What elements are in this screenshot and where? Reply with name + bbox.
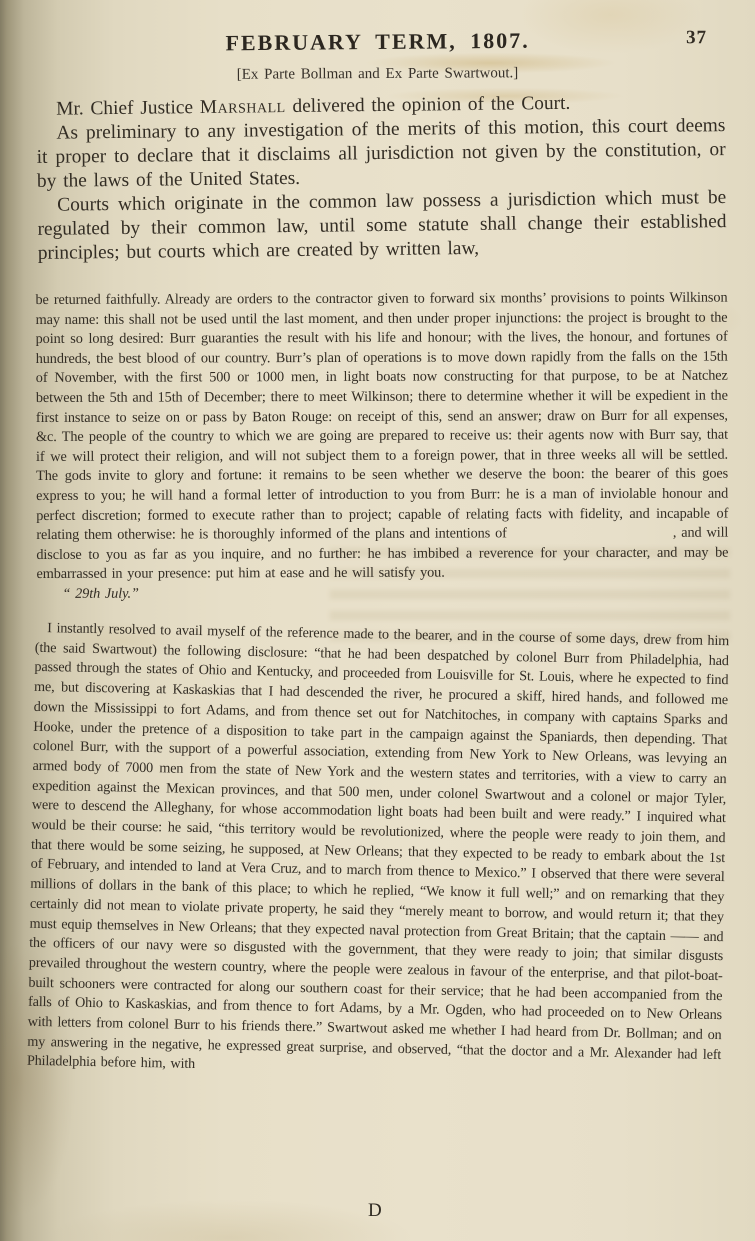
opinion-paragraph-1: As preliminary to any investigation of t… <box>36 114 726 194</box>
narrative-block: I instantly resolved to avail myself of … <box>27 618 730 1084</box>
book-page: FEBRUARY TERM, 1807. 37 [Ex Parte Bollma… <box>0 0 755 1241</box>
letter-extract-block: be returned faithfully. Already are orde… <box>35 289 728 605</box>
page-number: 37 <box>686 27 707 49</box>
opinion-text-block: Mr. Chief Justice Marshall delivered the… <box>36 90 727 266</box>
running-head-title: FEBRUARY TERM, 1807. <box>225 28 529 56</box>
attribution-suffix: delivered the opinion of the Court. <box>286 93 571 117</box>
narrative-paragraph: I instantly resolved to avail myself of … <box>27 618 730 1084</box>
redacted-name-blank <box>507 536 673 538</box>
letter-extract-body: be returned faithfully. Already are orde… <box>35 289 728 585</box>
letter-date-line: “ 29th July.” <box>36 582 728 604</box>
printers-signature-mark: D <box>368 1200 382 1222</box>
letter-extract-text-1: be returned faithfully. Already are orde… <box>35 290 728 544</box>
opinion-paragraph-2: Courts which originate in the common law… <box>37 186 727 266</box>
attribution-prefix: Mr. Chief Justice <box>56 97 200 120</box>
case-caption: [Ex Parte Bollman and Ex Parte Swartwout… <box>0 64 755 85</box>
running-head: FEBRUARY TERM, 1807. 37 <box>0 0 755 58</box>
justice-name: Marshall <box>200 96 286 118</box>
